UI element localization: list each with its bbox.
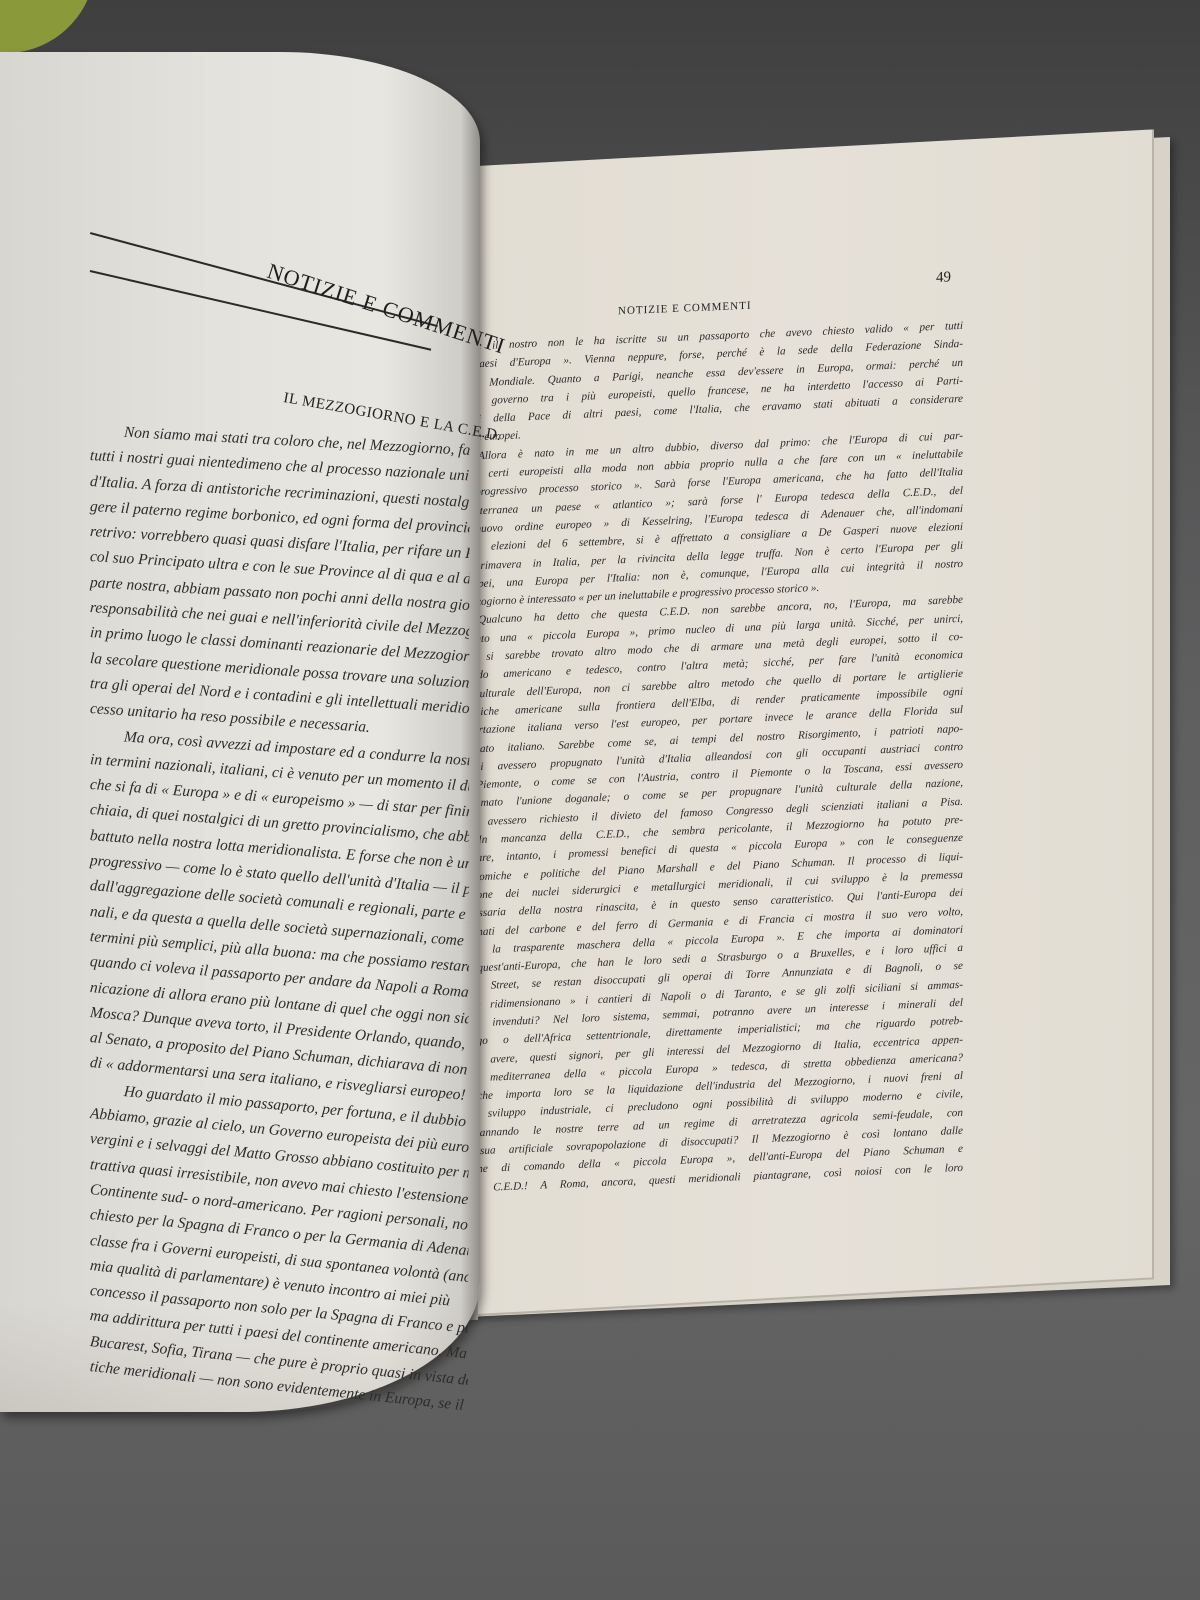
page-number: 49 — [936, 269, 951, 287]
right-page-text: come il nostro non le ha iscritte su un … — [458, 317, 963, 1198]
left-page-text: Non siamo mai stati tra coloro che, nel … — [90, 418, 470, 1379]
